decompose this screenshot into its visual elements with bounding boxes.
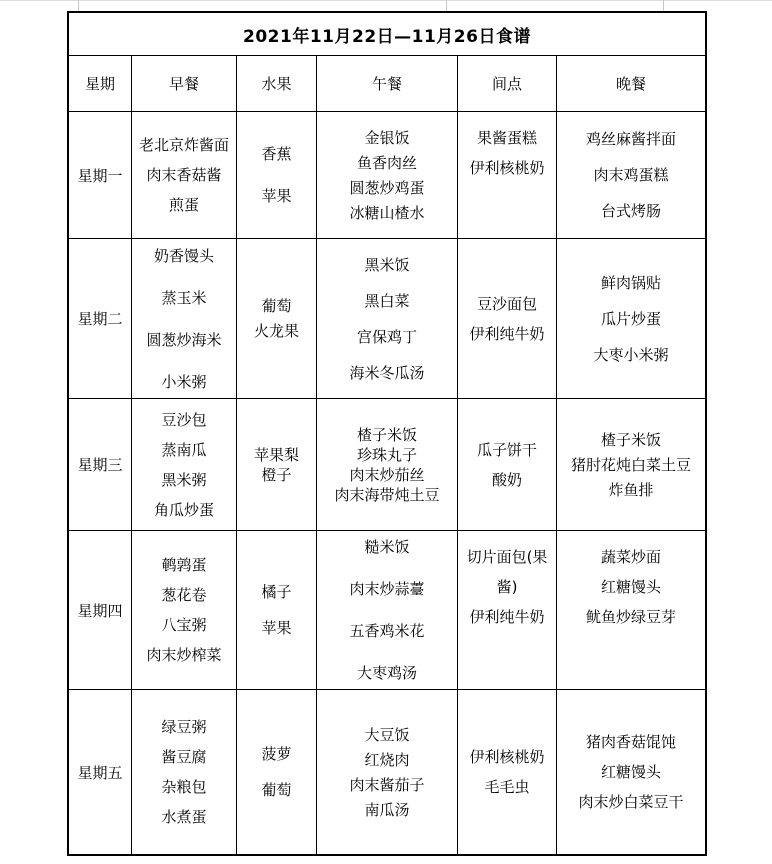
menu-item: 酸奶 — [492, 470, 522, 490]
menu-item: 老北京炸酱面 — [139, 135, 229, 155]
cell-wednesday-fruit: 苹果梨橙子 — [237, 399, 317, 531]
menu-table: 2021年11月22日—11月26日食谱 星期 早餐 水果 午餐 间点 晚餐 星… — [67, 11, 707, 856]
menu-item: 五香鸡米花 — [349, 621, 424, 641]
menu-item: 金银饭 — [364, 128, 409, 148]
day-label-friday: 星期五 — [69, 690, 132, 854]
menu-item: 香蕉 — [261, 144, 291, 164]
cell-friday-snack: 伊利核桃奶毛毛虫 — [458, 690, 557, 854]
cell-monday-dinner: 鸡丝麻酱拌面肉末鸡蛋糕台式烤肠 — [557, 112, 705, 239]
menu-item: 肉末炒白菜豆干 — [578, 792, 683, 812]
menu-item: 苹果梨 — [254, 445, 299, 465]
cell-friday-breakfast: 绿豆粥酱豆腐杂粮包水煮蛋 — [132, 690, 237, 854]
menu-item: 果酱蛋糕 — [477, 128, 537, 148]
menu-item: 鲜肉锅贴 — [601, 273, 661, 293]
spreadsheet-gridline-horizontal — [0, 0, 772, 1]
menu-item: 红糖馒头 — [601, 762, 661, 782]
menu-item: 橘子 — [261, 582, 291, 602]
col-header-day: 星期 — [69, 56, 132, 112]
menu-item: 角瓜炒蛋 — [154, 500, 214, 520]
menu-item: 冰糖山楂水 — [349, 203, 424, 223]
spreadsheet-gridline-stub — [663, 0, 664, 11]
menu-item: 蒸南瓜 — [161, 440, 206, 460]
day-label-tuesday: 星期二 — [69, 239, 132, 399]
day-label-monday: 星期一 — [69, 112, 132, 239]
menu-item: 海米冬瓜汤 — [349, 363, 424, 383]
menu-item: 鱼香肉丝 — [357, 153, 417, 173]
menu-item: 炸鱼排 — [608, 480, 653, 500]
menu-item: 黑米饭 — [364, 255, 409, 275]
menu-item: 葡萄 — [261, 296, 291, 316]
menu-item: 楂子米饭 — [601, 430, 661, 450]
menu-item: 小米粥 — [161, 372, 206, 392]
menu-item: 伊利纯牛奶 — [469, 324, 544, 344]
menu-item: 大枣小米粥 — [593, 345, 668, 365]
col-header-dinner: 晚餐 — [557, 56, 705, 112]
menu-item: 豆沙面包 — [477, 294, 537, 314]
menu-item: 黑白菜 — [364, 291, 409, 311]
cell-wednesday-snack: 瓜子饼干酸奶 — [458, 399, 557, 531]
cell-tuesday-breakfast: 奶香馒头蒸玉米圆葱炒海米小米粥 — [132, 239, 237, 399]
menu-item: 糙米饭 — [364, 537, 409, 557]
menu-item: 火龙果 — [254, 321, 299, 341]
cell-monday-snack: 果酱蛋糕伊利核桃奶 — [458, 112, 557, 239]
cell-thursday-breakfast: 鹌鹑蛋葱花卷八宝粥肉末炒榨菜 — [132, 531, 237, 690]
cell-wednesday-lunch: 楂子米饭珍珠丸子肉末炒茄丝肉末海带炖土豆 — [317, 399, 458, 531]
menu-item: 宫保鸡丁 — [357, 327, 417, 347]
menu-item: 红烧肉 — [364, 750, 409, 770]
cell-friday-lunch: 大豆饭红烧肉肉末酱茄子南瓜汤 — [317, 690, 458, 854]
cell-tuesday-lunch: 黑米饭黑白菜宫保鸡丁海米冬瓜汤 — [317, 239, 458, 399]
table-title: 2021年11月22日—11月26日食谱 — [69, 13, 705, 56]
menu-item: 伊利核桃奶 — [469, 747, 544, 767]
menu-item: 圆葱炒海米 — [146, 330, 221, 350]
menu-item: 大豆饭 — [364, 725, 409, 745]
cell-tuesday-snack: 豆沙面包伊利纯牛奶 — [458, 239, 557, 399]
menu-item: 肉末酱茄子 — [349, 775, 424, 795]
col-header-fruit: 水果 — [237, 56, 317, 112]
cell-thursday-fruit: 橘子苹果 — [237, 531, 317, 690]
menu-item: 绿豆粥 — [161, 717, 206, 737]
menu-item: 楂子米饭 — [357, 425, 417, 445]
document-page: 2021年11月22日—11月26日食谱 星期 早餐 水果 午餐 间点 晚餐 星… — [0, 0, 772, 864]
menu-item: 南瓜汤 — [364, 800, 409, 820]
menu-item: 肉末炒茄丝 — [349, 465, 424, 485]
cell-thursday-dinner: 蔬菜炒面红糖馒头鱿鱼炒绿豆芽 — [557, 531, 705, 690]
menu-item: 毛毛虫 — [484, 777, 529, 797]
cell-monday-breakfast: 老北京炸酱面肉末香菇酱煎蛋 — [132, 112, 237, 239]
menu-item: 肉末海带炖土豆 — [334, 485, 439, 505]
cell-monday-lunch: 金银饭鱼香肉丝圆葱炒鸡蛋冰糖山楂水 — [317, 112, 458, 239]
cell-friday-fruit: 菠萝葡萄 — [237, 690, 317, 854]
spreadsheet-gridline-stub — [78, 0, 79, 11]
menu-item: 酱豆腐 — [161, 747, 206, 767]
menu-item: 菠萝 — [261, 744, 291, 764]
menu-item: 瓜片炒蛋 — [601, 309, 661, 329]
cell-friday-dinner: 猪肉香菇馄饨红糖馒头肉末炒白菜豆干 — [557, 690, 705, 854]
spreadsheet-gridline-stub — [446, 0, 447, 11]
menu-item: 瓜子饼干 — [477, 440, 537, 460]
cell-wednesday-breakfast: 豆沙包蒸南瓜黑米粥角瓜炒蛋 — [132, 399, 237, 531]
menu-item: 橙子 — [261, 465, 291, 485]
menu-item: 伊利核桃奶 — [469, 158, 544, 178]
menu-item: 煎蛋 — [169, 195, 199, 215]
menu-item: 葱花卷 — [161, 585, 206, 605]
menu-item: 切片面包(果 — [467, 547, 548, 567]
menu-item: 鸡丝麻酱拌面 — [586, 129, 676, 149]
menu-item: 台式烤肠 — [601, 201, 661, 221]
menu-item: 大枣鸡汤 — [357, 663, 417, 683]
menu-item: 猪肉香菇馄饨 — [586, 732, 676, 752]
menu-item: 鹌鹑蛋 — [161, 555, 206, 575]
col-header-snack: 间点 — [458, 56, 557, 112]
menu-item: 珍珠丸子 — [357, 445, 417, 465]
cell-thursday-lunch: 糙米饭肉末炒蒜薹五香鸡米花大枣鸡汤 — [317, 531, 458, 690]
menu-item: 葡萄 — [261, 780, 291, 800]
cell-monday-fruit: 香蕉苹果 — [237, 112, 317, 239]
menu-item: 苹果 — [261, 618, 291, 638]
col-header-lunch: 午餐 — [317, 56, 458, 112]
menu-item: 肉末炒榨菜 — [146, 645, 221, 665]
menu-item: 鱿鱼炒绿豆芽 — [586, 607, 676, 627]
menu-item: 肉末香菇酱 — [146, 165, 221, 185]
menu-item: 苹果 — [261, 186, 291, 206]
col-header-breakfast: 早餐 — [132, 56, 237, 112]
menu-item: 蔬菜炒面 — [601, 547, 661, 567]
cell-tuesday-fruit: 葡萄火龙果 — [237, 239, 317, 399]
cell-wednesday-dinner: 楂子米饭猪肘花炖白菜土豆炸鱼排 — [557, 399, 705, 531]
menu-item: 杂粮包 — [161, 777, 206, 797]
menu-item: 伊利纯牛奶 — [469, 607, 544, 627]
menu-item: 八宝粥 — [161, 615, 206, 635]
cell-thursday-snack: 切片面包(果酱)伊利纯牛奶 — [458, 531, 557, 690]
menu-item: 酱) — [497, 577, 518, 597]
day-label-thursday: 星期四 — [69, 531, 132, 690]
menu-item: 豆沙包 — [161, 410, 206, 430]
menu-item: 蒸玉米 — [161, 288, 206, 308]
menu-item: 红糖馒头 — [601, 577, 661, 597]
menu-item: 奶香馒头 — [154, 246, 214, 266]
menu-item: 圆葱炒鸡蛋 — [349, 178, 424, 198]
menu-item: 猪肘花炖白菜土豆 — [571, 455, 691, 475]
day-label-wednesday: 星期三 — [69, 399, 132, 531]
menu-item: 水煮蛋 — [161, 807, 206, 827]
menu-item: 肉末鸡蛋糕 — [593, 165, 668, 185]
menu-item: 黑米粥 — [161, 470, 206, 490]
menu-item: 肉末炒蒜薹 — [349, 579, 424, 599]
cell-tuesday-dinner: 鲜肉锅贴瓜片炒蛋大枣小米粥 — [557, 239, 705, 399]
